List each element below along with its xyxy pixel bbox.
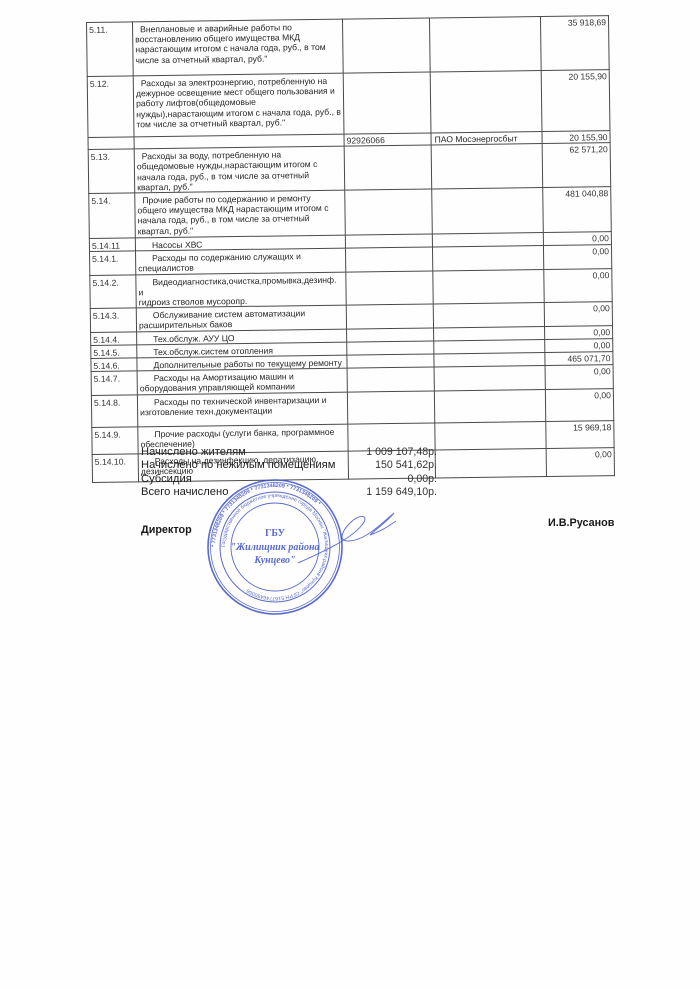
item-amount-cell: 0,00: [545, 338, 613, 352]
contract-code: [344, 73, 431, 135]
contractor-name: [430, 17, 541, 72]
item-number: 5.14.6.: [91, 358, 136, 371]
item-number: 5.14.4.: [91, 332, 136, 345]
contract-code: [347, 328, 433, 342]
contractor-name-cell: [434, 389, 545, 422]
item-number-cell: 5.14.11: [89, 238, 135, 252]
item-number-cell: 5.14.3.: [90, 308, 136, 332]
item-number: 5.14.8.: [92, 395, 137, 427]
summary-label: Начислено по нежилым помещениям: [141, 459, 335, 472]
item-amount-cell: 465 071,70: [545, 352, 613, 366]
contractor-name: [433, 246, 543, 270]
contractor-name-cell: [434, 366, 545, 391]
item-amount: 0,00: [545, 339, 612, 353]
summary-label: Начислено жителям: [141, 446, 246, 459]
item-amount-cell: 62 571,20: [542, 143, 611, 188]
contractor-name-cell: [433, 303, 544, 328]
item-description: Расходы по технической инвентаризации и …: [138, 392, 347, 426]
item-number-cell: 5.14.5.: [91, 345, 137, 359]
item-amount-cell: 15 969,18: [546, 420, 614, 448]
item-amount-cell: 20 155,90: [541, 70, 610, 132]
contract-code-cell: [347, 367, 434, 392]
contractor-name: [435, 366, 545, 390]
item-number: [89, 137, 134, 149]
item-description-cell: Прочие работы по содержанию и ремонту об…: [135, 190, 346, 238]
item-amount: 62 571,20: [543, 143, 611, 187]
contractor-name-cell: [429, 17, 541, 72]
item-number: 5.13.: [89, 150, 135, 194]
item-number-cell: 5.14.10.: [92, 454, 138, 483]
contract-code: [345, 146, 432, 190]
item-number-cell: 5.12.: [87, 76, 134, 138]
item-amount: 0,00: [545, 302, 612, 326]
contract-code-cell: [344, 145, 432, 190]
item-number-cell: 5.14.1.: [90, 251, 136, 275]
item-description: Расходы за воду, потребленную на общедом…: [135, 147, 345, 193]
item-description-cell: Внеплановые и аварийные работы по восста…: [133, 19, 344, 76]
contract-code: [348, 391, 434, 424]
contractor-name-cell: [432, 246, 543, 271]
contract-code-cell: [342, 18, 430, 73]
contractor-name: [436, 449, 546, 478]
contractor-name-cell: [430, 71, 542, 133]
item-amount: 35 918,69: [541, 16, 609, 70]
summary-label: Субсидия: [141, 473, 192, 486]
contract-code-cell: [345, 234, 432, 248]
table-row: 5.11.Внеплановые и аварийные работы по в…: [87, 16, 610, 77]
contract-code: [346, 248, 432, 272]
contractor-name: [434, 303, 544, 327]
item-amount-cell: 35 918,69: [540, 16, 609, 71]
item-description: Обслуживание систем автоматизации расшир…: [137, 306, 346, 332]
contract-code-cell: [345, 247, 432, 272]
item-number-cell: [88, 137, 134, 150]
item-number-cell: 5.14.8.: [91, 395, 137, 428]
item-number-cell: 5.14.9.: [92, 427, 138, 455]
contract-code: [348, 368, 434, 392]
contract-code: [347, 355, 433, 369]
item-amount-cell: 481 040,88: [543, 187, 612, 233]
item-description-cell: Расходы по технической инвентаризации и …: [137, 392, 347, 427]
item-number-cell: 5.14.6.: [91, 358, 137, 372]
item-number: 5.14.2.: [90, 275, 135, 309]
summary-value: 150 541,62р.: [375, 459, 437, 472]
contractor-name-cell: [433, 269, 544, 304]
table-row: 5.12.Расходы за электроэнергию, потребле…: [87, 70, 610, 138]
table-row: 5.14.Прочие работы по содержанию и ремон…: [89, 187, 612, 239]
contractor-name-cell: [435, 448, 546, 477]
summary-row: Начислено по нежилым помещениям150 541,6…: [141, 459, 437, 472]
contractor-name: [435, 422, 545, 450]
document-page: 5.11.Внеплановые и аварийные работы по в…: [0, 0, 700, 989]
item-amount-cell: 0,00: [546, 447, 614, 476]
item-amount: 481 040,88: [543, 187, 611, 232]
item-amount: 0,00: [547, 448, 614, 476]
item-number-cell: 5.11.: [87, 22, 134, 77]
contract-code-cell: [346, 271, 433, 306]
contract-code-cell: [347, 354, 434, 368]
contractor-name-cell: [431, 144, 543, 189]
item-number: 5.14.1.: [90, 252, 135, 275]
contractor-name-cell: [432, 188, 544, 234]
item-description: Внеплановые и аварийные работы по восста…: [133, 20, 343, 76]
contractor-name: [435, 390, 545, 423]
item-number-cell: 5.14.4.: [91, 332, 137, 346]
item-amount-cell: 0,00: [544, 302, 612, 326]
contract-code-cell: [347, 391, 434, 424]
item-amount-cell: 0,00: [545, 325, 613, 339]
item-amount-cell: 0,00: [545, 365, 613, 389]
expenses-table: 5.11.Внеплановые и аварийные работы по в…: [86, 15, 615, 482]
item-amount-cell: 20 155,90: [542, 131, 610, 144]
item-amount-cell: 0,00: [543, 232, 611, 246]
item-number: 5.12.: [88, 76, 134, 137]
item-amount: 0,00: [546, 389, 613, 421]
contract-code: [347, 341, 433, 355]
item-number: 5.14.5.: [91, 345, 136, 358]
contract-code-cell: [347, 328, 434, 342]
contract-code: [345, 190, 432, 236]
contractor-name-cell: [435, 421, 546, 449]
summary-value: 1 009 107,48р.: [366, 446, 437, 459]
item-number: 5.14.10.: [93, 454, 138, 482]
contractor-name: [432, 144, 543, 189]
item-number-cell: 5.14.: [89, 193, 136, 239]
item-description: Видеодиагностика,очистка,промывка,дезинф…: [136, 272, 345, 308]
contract-code: [346, 271, 432, 305]
item-number: 5.14.7.: [92, 372, 137, 395]
director-title: Директор: [141, 524, 192, 536]
item-number: 5.14.11: [90, 238, 135, 251]
director-signature: [290, 495, 400, 570]
item-amount-cell: 0,00: [545, 388, 613, 421]
item-description-cell: Видеодиагностика,очистка,промывка,дезинф…: [136, 272, 346, 308]
contract-code-cell: [343, 72, 431, 134]
item-amount-cell: 0,00: [544, 268, 612, 302]
item-number-cell: 5.14.7.: [91, 371, 137, 395]
item-amount: 0,00: [545, 326, 612, 340]
item-number-cell: 5.14.2.: [90, 274, 136, 308]
item-amount: 0,00: [544, 269, 611, 303]
contract-code-cell: 92926066: [344, 133, 431, 146]
item-description: Расходы по содержанию служащих и специал…: [136, 249, 345, 275]
summary-row: Начислено жителям1 009 107,48р.: [141, 446, 437, 459]
item-description: Расходы за электроэнергию, потребленную …: [134, 74, 344, 137]
item-description-cell: Обслуживание систем автоматизации расшир…: [136, 305, 346, 331]
contract-code-cell: [346, 304, 433, 329]
contractor-name: [433, 270, 543, 305]
item-description: Расходы на Амортизацию машин и оборудова…: [138, 369, 347, 395]
contract-code: [347, 305, 433, 329]
item-amount: 0,00: [544, 245, 611, 269]
item-description: Прочие работы по содержанию и ремонту об…: [135, 191, 345, 238]
item-number-cell: 5.13.: [88, 149, 135, 193]
item-description-cell: Расходы за воду, потребленную на общедом…: [134, 146, 345, 193]
contract-code-cell: [345, 189, 433, 235]
item-description-cell: Расходы по содержанию служащих и специал…: [136, 248, 346, 274]
item-amount: 465 071,70: [545, 352, 612, 366]
summary-value: 0,00р.: [408, 473, 437, 486]
item-amount: 20 155,90: [542, 131, 609, 144]
item-number: 5.11.: [87, 22, 133, 76]
item-amount: 0,00: [546, 365, 613, 389]
contractor-name: [431, 71, 542, 133]
contract-code: [346, 235, 432, 249]
item-description-cell: Расходы за электроэнергию, потребленную …: [133, 73, 344, 137]
stamp-line-1: ГБУ: [265, 528, 286, 539]
item-number: 5.14.9.: [92, 427, 137, 454]
item-number: 5.14.3.: [91, 309, 136, 332]
table-row: 5.13.Расходы за воду, потребленную на об…: [88, 143, 611, 194]
contractor-name: [432, 188, 543, 234]
item-description-cell: Расходы на Амортизацию машин и оборудова…: [137, 368, 347, 394]
item-number: 5.14.: [89, 193, 135, 238]
director-name: И.В.Русанов: [548, 517, 614, 529]
item-amount-cell: 0,00: [543, 245, 611, 269]
item-amount: 15 969,18: [546, 421, 613, 448]
contract-code: [343, 19, 430, 74]
item-amount: 20 155,90: [542, 70, 610, 131]
item-amount: 0,00: [544, 232, 611, 246]
contract-code-cell: [347, 341, 434, 355]
